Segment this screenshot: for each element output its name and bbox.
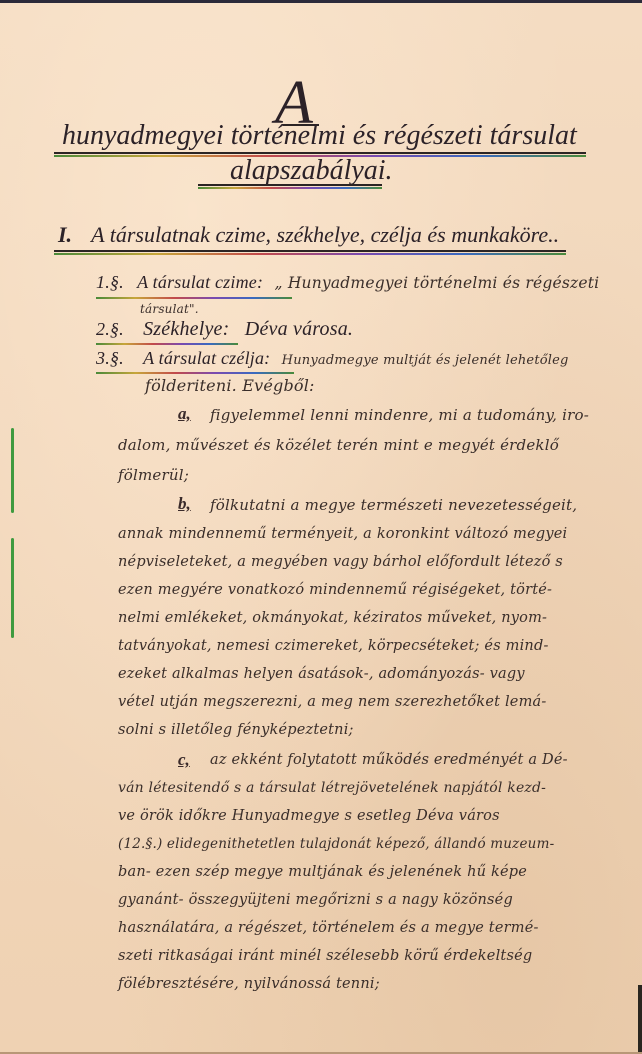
item-c-line-6: gyanánt- összegyüjteni megőrizni s a nag… bbox=[118, 892, 513, 908]
green-margin-mark-upper bbox=[11, 428, 14, 513]
paragraph-3-label: A társulat czélja: bbox=[143, 348, 270, 368]
paragraph-1-text-cont: társulat". bbox=[140, 302, 199, 316]
item-b-label: b, bbox=[178, 494, 191, 514]
item-c-line-7: használatára, a régészet, történelem és … bbox=[118, 920, 539, 936]
item-b-line-6: tatványokat, nemesi czimereket, körpecsé… bbox=[118, 638, 549, 654]
section-title: A társulatnak czime, székhelye, czélja é… bbox=[91, 222, 559, 247]
paragraph-3-underline bbox=[96, 372, 294, 374]
item-c-line-5: ban- ezen szép megye multjának és jelené… bbox=[118, 864, 527, 880]
item-b-line-5: nelmi emlékeket, okmányokat, kéziratos m… bbox=[118, 610, 547, 626]
item-c-line-3: ve örök időkre Hunyadmegye s esetleg Dév… bbox=[118, 808, 500, 824]
title-line-2-color-underline bbox=[198, 187, 382, 189]
paragraph-2: 2.§. Székhelye: Déva városa. bbox=[96, 318, 353, 341]
page-right-edge-shadow bbox=[638, 985, 642, 1054]
paragraph-2-underline bbox=[96, 343, 238, 345]
item-a-line-3: fölmerül; bbox=[118, 466, 189, 484]
paragraph-2-text: Déva városa. bbox=[245, 318, 353, 340]
title-line-1: hunyadmegyei történelmi és régészeti tár… bbox=[62, 120, 577, 152]
item-b-line-7: ezeket alkalmas helyen ásatások-, adomán… bbox=[118, 666, 525, 682]
item-c-line-8: szeti ritkaságai iránt minél szélesebb k… bbox=[118, 948, 532, 964]
paragraph-3-text-cont: földeriteni. Evégből: bbox=[145, 376, 315, 395]
title-line-2-underline bbox=[198, 184, 382, 186]
paragraph-1: 1.§. A társulat czime: „ Hunyadmegyei tö… bbox=[96, 272, 599, 293]
item-c-line-2: ván létesitendő s a társulat létrejövete… bbox=[118, 780, 546, 796]
item-b-line-9: solni s illetőleg fényképeztetni; bbox=[118, 722, 354, 738]
paragraph-1-label: A társulat czime: bbox=[137, 272, 263, 292]
item-a-label: a, bbox=[178, 404, 191, 424]
title-line-2: alapszabályai. bbox=[230, 155, 393, 187]
section-heading: I. A társulatnak czime, székhelye, czélj… bbox=[58, 222, 559, 248]
item-b-line-2: annak mindennemű terményeit, a koronkint… bbox=[118, 526, 567, 542]
paragraph-2-label: Székhelye: bbox=[143, 318, 229, 340]
item-b-line-4: ezen megyére vonatkozó mindennemű régisé… bbox=[118, 582, 552, 598]
section-heading-color-underline bbox=[54, 253, 566, 255]
item-b-line-8: vétel utján megszerezni, a meg nem szere… bbox=[118, 694, 546, 710]
paragraph-3-number: 3.§. bbox=[96, 348, 124, 368]
page-top-edge bbox=[0, 0, 642, 3]
item-b-line-1: fölkutatni a megye természeti nevezetess… bbox=[210, 496, 577, 514]
paragraph-1-underline bbox=[96, 297, 292, 299]
paragraph-3: 3.§. A társulat czélja: Hunyadmegye mult… bbox=[96, 348, 569, 369]
item-c-label: c, bbox=[178, 750, 190, 770]
item-a-line-2: dalom, művészet és közélet terén mint e … bbox=[118, 436, 559, 454]
paragraph-2-number: 2.§. bbox=[96, 319, 124, 339]
green-margin-mark-lower bbox=[11, 538, 14, 638]
manuscript-page: A hunyadmegyei történelmi és régészeti t… bbox=[0, 0, 642, 1054]
title-line-1-underline bbox=[54, 152, 586, 154]
paragraph-1-number: 1.§. bbox=[96, 272, 124, 292]
section-number: I. bbox=[58, 222, 72, 247]
item-a-line-1: figyelemmel lenni mindenre, mi a tudomán… bbox=[210, 406, 589, 424]
paragraph-3-text: Hunyadmegye multját és jelenét lehetőleg bbox=[282, 353, 569, 368]
paragraph-1-text: „ Hunyadmegyei történelmi és régészeti bbox=[274, 274, 599, 292]
item-c-line-4: (12.§.) elidegenithetetlen tulajdonát ké… bbox=[118, 836, 554, 852]
item-c-line-1: az ekként folytatott működés eredményét … bbox=[210, 752, 568, 768]
item-b-line-3: népviseleteket, a megyében vagy bárhol e… bbox=[118, 554, 563, 570]
item-c-line-9: fölébresztésére, nyilvánossá tenni; bbox=[118, 976, 380, 992]
section-heading-underline bbox=[54, 250, 566, 252]
